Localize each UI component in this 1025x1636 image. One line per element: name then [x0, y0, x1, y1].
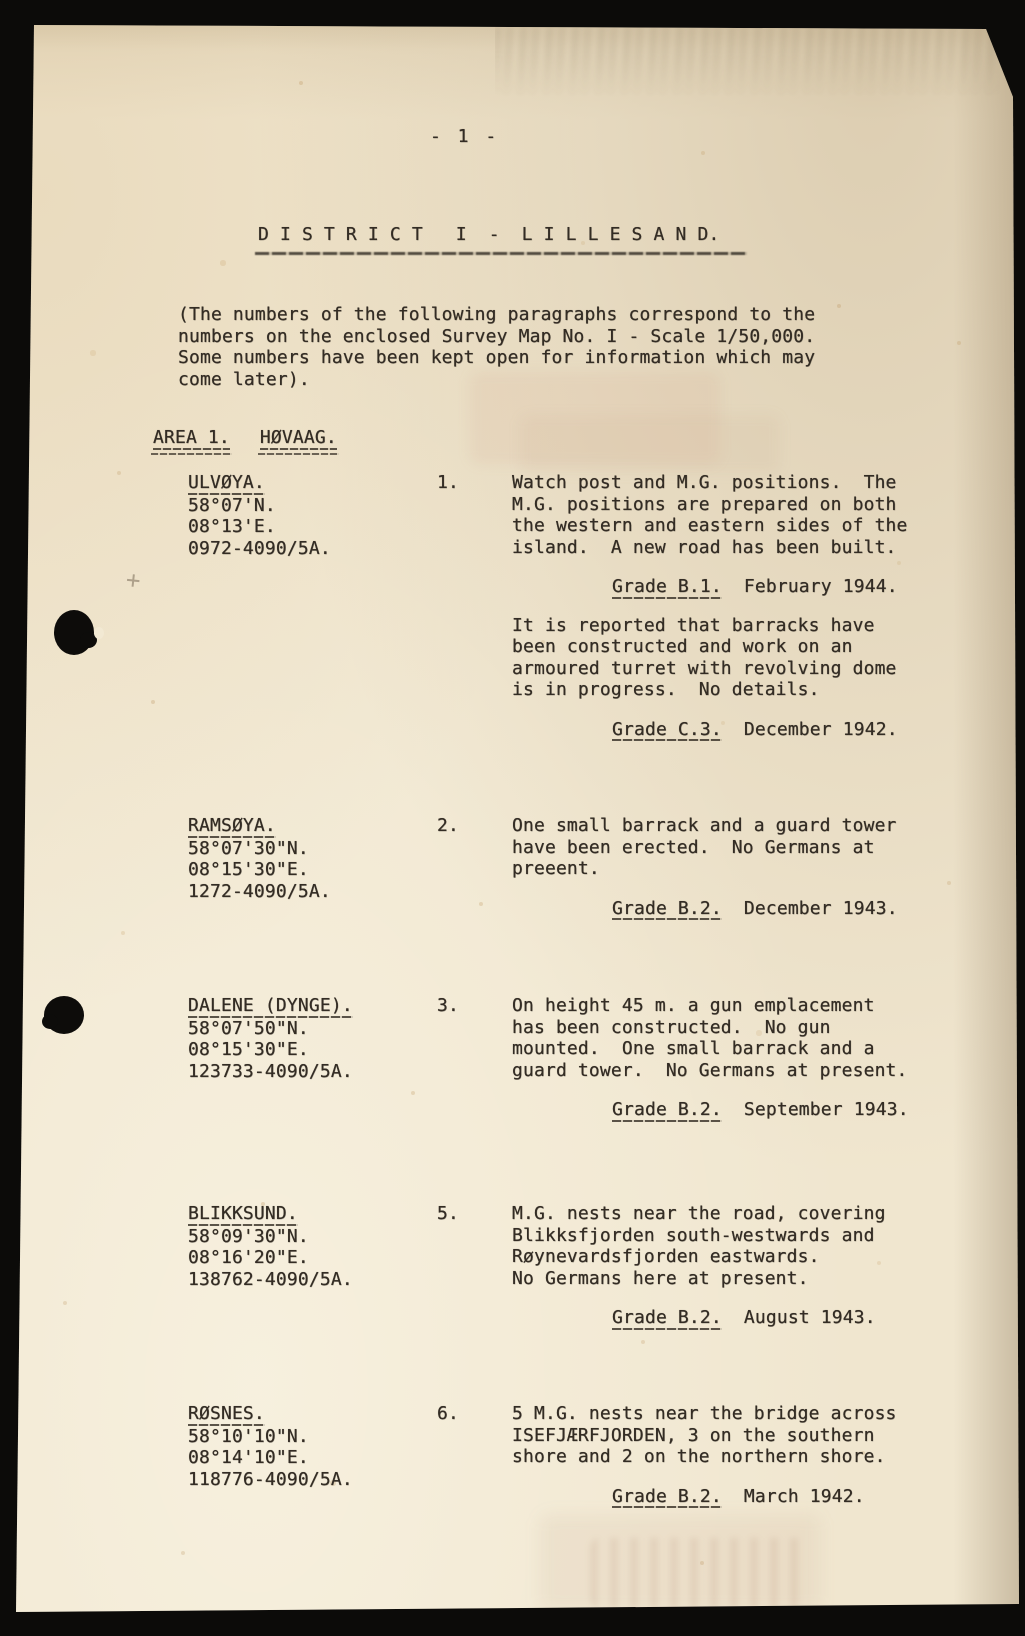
ink-bleed-ghost [590, 1538, 810, 1608]
entry-label-block: DALENE (DYNGE).58°07'50"N.08°15'30"E.123… [188, 995, 353, 1082]
document-page: - 1 - D I S T R I C T I - L I L L E S A … [0, 0, 1025, 1636]
grade-line: Grade B.2.August 1943. [612, 1307, 942, 1330]
grade-date: February 1944. [744, 576, 898, 597]
grade-line: Grade B.2.September 1943. [612, 1099, 942, 1122]
entry-paragraph: On height 45 m. a gun emplacementhas bee… [512, 995, 942, 1081]
report-line: island. A new road has been built. [512, 537, 942, 559]
report-line: been constructed and work on an [512, 636, 942, 658]
report-line: Røynevardsfjorden eastwards. [512, 1246, 942, 1268]
area-label: AREA 1. [153, 427, 230, 450]
place-name-text: BLIKKSUND. [188, 1203, 298, 1226]
place-name-text: RØSNES. [188, 1403, 265, 1426]
report-line: is in progress. No details. [512, 679, 942, 701]
entry-number: 5. [437, 1203, 459, 1225]
ink-bleed-ghost [520, 415, 780, 473]
report-line: Watch post and M.G. positions. The [512, 472, 942, 494]
entry-number: 6. [437, 1403, 459, 1425]
intro-line: come later). [178, 369, 815, 391]
report-line: guard tower. No Germans at present. [512, 1060, 942, 1082]
place-name-text: ULVØYA. [188, 472, 265, 495]
coordinate-line: 08°14'10"E. [188, 1447, 353, 1469]
entry-number: 3. [437, 995, 459, 1017]
coordinate-line: 58°07'N. [188, 495, 331, 517]
entry-body: One small barrack and a guard towerhave … [512, 815, 942, 936]
grade-line: Grade C.3.December 1942. [612, 719, 942, 742]
entry-paragraph: It is reported that barracks havebeen co… [512, 615, 942, 701]
hole-punch [44, 996, 84, 1034]
pencil-cross-mark: + [125, 567, 142, 592]
coordinate-line: 118776-4090/5A. [188, 1469, 353, 1491]
intro-line: numbers on the enclosed Survey Map No. I… [178, 326, 815, 348]
coordinate-line: 08°15'30"E. [188, 1039, 353, 1061]
scan-smudge [495, 27, 1000, 99]
report-line: On height 45 m. a gun emplacement [512, 995, 942, 1017]
report-line: armoured turret with revolving dome [512, 658, 942, 680]
coordinate-line: 1272-4090/5A. [188, 881, 331, 903]
grade-date: December 1942. [744, 719, 898, 740]
coordinate-line: 08°15'30"E. [188, 859, 331, 881]
coordinate-line: 58°09'30"N. [188, 1226, 353, 1248]
place-name-text: DALENE (DYNGE). [188, 995, 353, 1018]
entry-body: M.G. nests near the road, coveringBlikks… [512, 1203, 942, 1346]
place-name: RØSNES. [188, 1403, 353, 1426]
grade-label: Grade B.2. [612, 1486, 722, 1509]
grade-date: September 1943. [744, 1099, 909, 1120]
entry-body: 5 M.G. nests near the bridge acrossISEFJ… [512, 1403, 942, 1524]
report-line: preeent. [512, 858, 942, 880]
coordinate-line: 123733-4090/5A. [188, 1061, 353, 1083]
coordinate-line: 58°07'30"N. [188, 838, 331, 860]
report-line: One small barrack and a guard tower [512, 815, 942, 837]
entry-number: 2. [437, 815, 459, 837]
entry-paragraph: 5 M.G. nests near the bridge acrossISEFJ… [512, 1403, 942, 1468]
report-line: It is reported that barracks have [512, 615, 942, 637]
report-line: mounted. One small barrack and a [512, 1038, 942, 1060]
coordinate-line: 58°10'10"N. [188, 1426, 353, 1448]
place-name: BLIKKSUND. [188, 1203, 353, 1226]
place-name-text: RAMSØYA. [188, 815, 276, 838]
grade-line: Grade B.2.March 1942. [612, 1486, 942, 1509]
report-line: Blikksfjorden south-westwards and [512, 1225, 942, 1247]
entry-label-block: BLIKKSUND.58°09'30"N.08°16'20"E.138762-4… [188, 1203, 353, 1290]
grade-label: Grade B.1. [612, 576, 722, 599]
area-heading: AREA 1.HØVAAG. [153, 427, 337, 450]
area-name: HØVAAG. [260, 427, 337, 450]
report-line: 5 M.G. nests near the bridge across [512, 1403, 942, 1425]
coordinate-line: 08°13'E. [188, 516, 331, 538]
title-underline [255, 252, 747, 255]
scanner-bed: - 1 - D I S T R I C T I - L I L L E S A … [0, 0, 1025, 1636]
intro-line: (The numbers of the following paragraphs… [178, 304, 815, 326]
report-line: M.G. positions are prepared on both [512, 494, 942, 516]
entry-body: On height 45 m. a gun emplacementhas bee… [512, 995, 942, 1138]
entry-label-block: RAMSØYA.58°07'30"N.08°15'30"E.1272-4090/… [188, 815, 331, 902]
entry-paragraph: One small barrack and a guard towerhave … [512, 815, 942, 880]
grade-line: Grade B.2.December 1943. [612, 898, 942, 921]
entry-paragraph: Watch post and M.G. positions. TheM.G. p… [512, 472, 942, 558]
entry-body: Watch post and M.G. positions. TheM.G. p… [512, 472, 942, 757]
intro-line: Some numbers have been kept open for inf… [178, 347, 815, 369]
report-line: has been constructed. No gun [512, 1017, 942, 1039]
report-line: No Germans here at present. [512, 1268, 942, 1290]
document-title: D I S T R I C T I - L I L L E S A N D. [258, 224, 719, 246]
coordinate-line: 58°07'50"N. [188, 1018, 353, 1040]
report-line: M.G. nests near the road, covering [512, 1203, 942, 1225]
intro-paragraph: (The numbers of the following paragraphs… [178, 304, 815, 390]
page-number: - 1 - [430, 126, 499, 148]
place-name: RAMSØYA. [188, 815, 331, 838]
coordinate-line: 08°16'20"E. [188, 1247, 353, 1269]
place-name: DALENE (DYNGE). [188, 995, 353, 1018]
report-line: have been erected. No Germans at [512, 837, 942, 859]
coordinate-line: 138762-4090/5A. [188, 1269, 353, 1291]
report-line: ISEFJÆRFJORDEN, 3 on the southern [512, 1425, 942, 1447]
paper-speckles [0, 0, 2, 2]
paper-chip [94, 627, 104, 639]
grade-label: Grade B.2. [612, 1099, 722, 1122]
report-line: shore and 2 on the northern shore. [512, 1446, 942, 1468]
grade-date: March 1942. [744, 1486, 865, 1507]
report-line: the western and eastern sides of the [512, 515, 942, 537]
entry-paragraph: M.G. nests near the road, coveringBlikks… [512, 1203, 942, 1289]
grade-label: Grade B.2. [612, 898, 722, 921]
hole-punch [54, 610, 94, 655]
grade-line: Grade B.1.February 1944. [612, 576, 942, 599]
grade-date: December 1943. [744, 898, 898, 919]
hole-punch-blob [42, 1014, 58, 1029]
coordinate-line: 0972-4090/5A. [188, 538, 331, 560]
grade-label: Grade B.2. [612, 1307, 722, 1330]
grade-label: Grade C.3. [612, 719, 722, 742]
grade-date: August 1943. [744, 1307, 876, 1328]
place-name: ULVØYA. [188, 472, 331, 495]
entry-label-block: RØSNES.58°10'10"N.08°14'10"E.118776-4090… [188, 1403, 353, 1490]
entry-number: 1. [437, 472, 459, 494]
entry-label-block: ULVØYA.58°07'N.08°13'E.0972-4090/5A. [188, 472, 331, 559]
